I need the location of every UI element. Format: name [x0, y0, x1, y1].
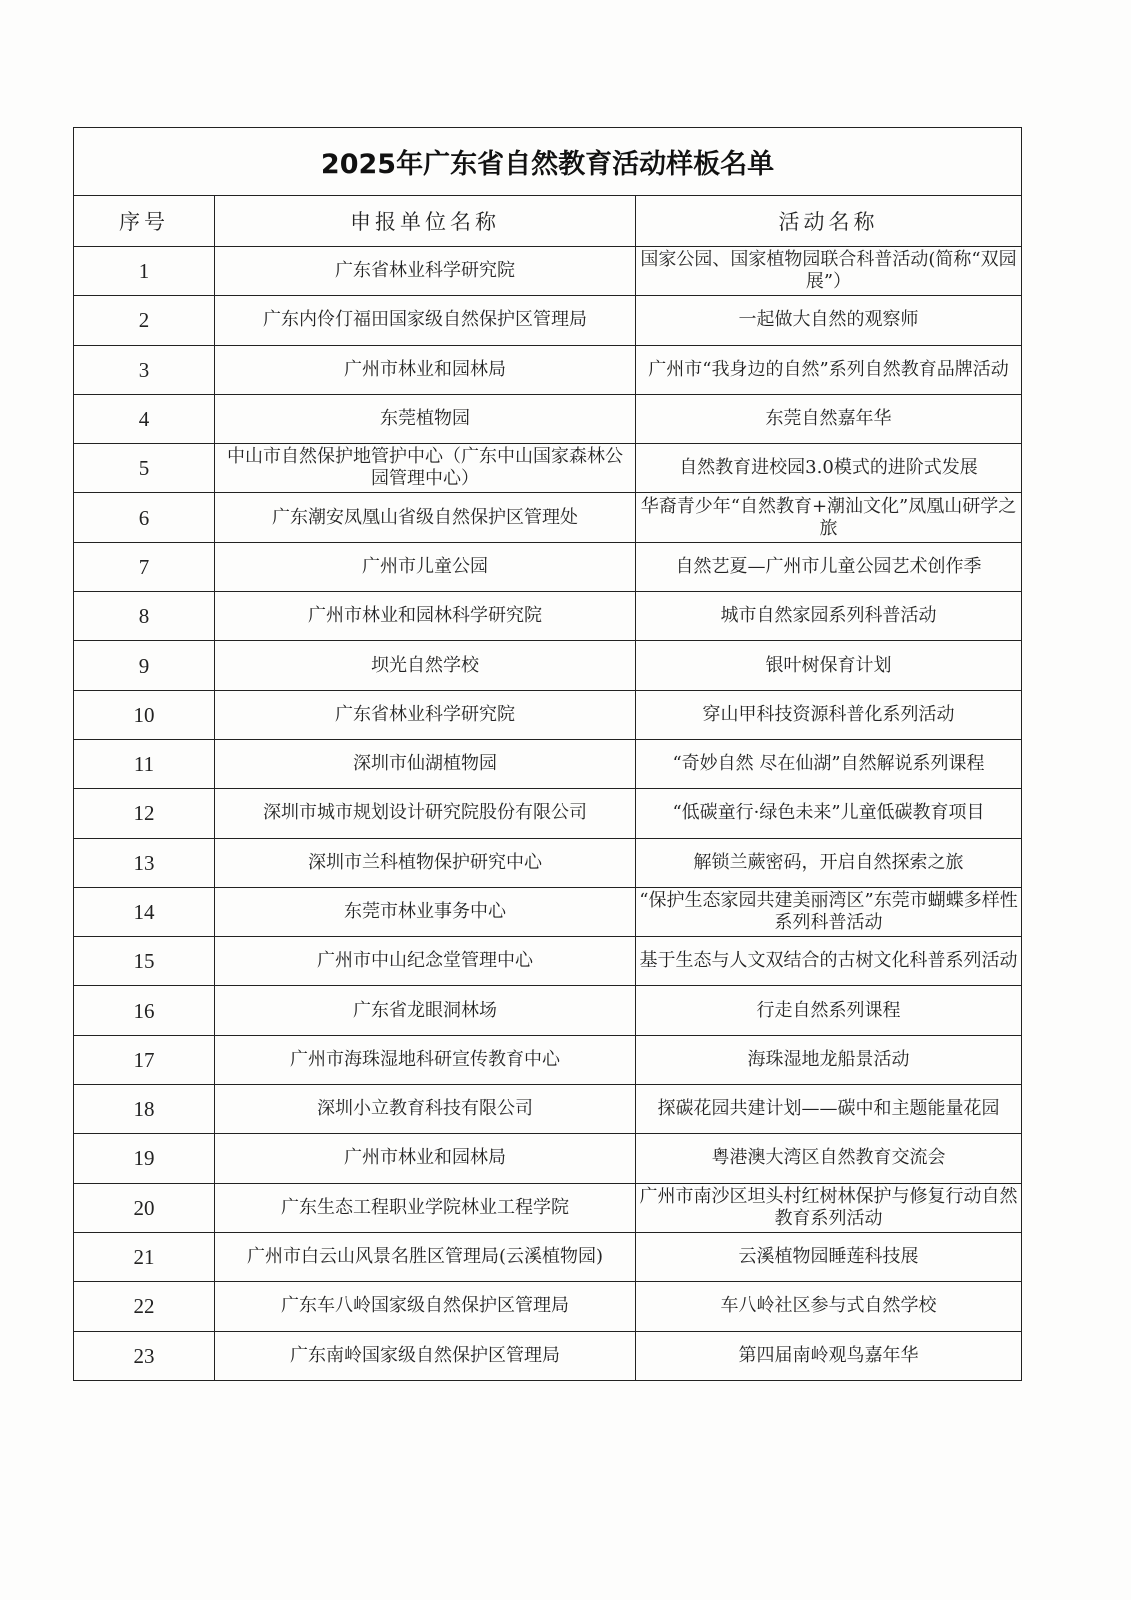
unit-name: 东莞市林业事务中心 [215, 887, 636, 936]
unit-name: 广州市儿童公园 [215, 542, 636, 591]
activity-name: 穿山甲科技资源科普化系列活动 [636, 690, 1022, 739]
unit-name: 广州市林业和园林局 [215, 345, 636, 394]
row-number: 8 [74, 592, 215, 641]
table-row: 20广东生态工程职业学院林业工程学院广州市南沙区坦头村红树林保护与修复行动自然教… [74, 1183, 1022, 1232]
row-number: 13 [74, 838, 215, 887]
row-number: 1 [74, 247, 215, 296]
activity-name: 自然艺夏—广州市儿童公园艺术创作季 [636, 542, 1022, 591]
table-row: 4东莞植物园东莞自然嘉年华 [74, 394, 1022, 443]
unit-name: 广州市林业和园林局 [215, 1134, 636, 1183]
row-number: 2 [74, 296, 215, 345]
table-row: 14东莞市林业事务中心“保护生态家园共建美丽湾区”东莞市蝴蝶多样性系列科普活动 [74, 887, 1022, 936]
table-row: 16广东省龙眼洞林场行走自然系列课程 [74, 986, 1022, 1035]
table-row: 8广州市林业和园林科学研究院城市自然家园系列科普活动 [74, 592, 1022, 641]
unit-name: 广东省林业科学研究院 [215, 247, 636, 296]
unit-name: 中山市自然保护地管护中心（广东中山国家森林公园管理中心） [215, 444, 636, 493]
activity-name: “奇妙自然 尽在仙湖”自然解说系列课程 [636, 739, 1022, 788]
unit-name: 广东内伶仃福田国家级自然保护区管理局 [215, 296, 636, 345]
table-row: 9坝光自然学校银叶树保育计划 [74, 641, 1022, 690]
activity-name: 城市自然家园系列科普活动 [636, 592, 1022, 641]
column-header-unit: 申报单位名称 [215, 196, 636, 247]
unit-name: 广东潮安凤凰山省级自然保护区管理处 [215, 493, 636, 542]
table-row: 2广东内伶仃福田国家级自然保护区管理局一起做大自然的观察师 [74, 296, 1022, 345]
table-row: 1广东省林业科学研究院国家公园、国家植物园联合科普活动(简称“双园展”） [74, 247, 1022, 296]
unit-name: 广州市白云山风景名胜区管理局(云溪植物园) [215, 1232, 636, 1281]
sample-list-table: 2025年广东省自然教育活动样板名单 序号 申报单位名称 活动名称 1广东省林业… [73, 127, 1022, 1381]
table-row: 6广东潮安凤凰山省级自然保护区管理处华裔青少年“自然教育+潮汕文化”凤凰山研学之… [74, 493, 1022, 542]
unit-name: 广州市海珠湿地科研宣传教育中心 [215, 1035, 636, 1084]
row-number: 19 [74, 1134, 215, 1183]
table-row: 12深圳市城市规划设计研究院股份有限公司“低碳童行·绿色未来”儿童低碳教育项目 [74, 789, 1022, 838]
activity-name: 云溪植物园睡莲科技展 [636, 1232, 1022, 1281]
document-page: 2025年广东省自然教育活动样板名单 序号 申报单位名称 活动名称 1广东省林业… [0, 0, 1131, 1600]
row-number: 10 [74, 690, 215, 739]
row-number: 6 [74, 493, 215, 542]
table-row: 5中山市自然保护地管护中心（广东中山国家森林公园管理中心）自然教育进校园3.0模… [74, 444, 1022, 493]
activity-name: “低碳童行·绿色未来”儿童低碳教育项目 [636, 789, 1022, 838]
unit-name: 广东车八岭国家级自然保护区管理局 [215, 1282, 636, 1331]
row-number: 23 [74, 1331, 215, 1380]
row-number: 20 [74, 1183, 215, 1232]
table-row: 18深圳小立教育科技有限公司探碳花园共建计划——碳中和主题能量花园 [74, 1085, 1022, 1134]
table-row: 3广州市林业和园林局广州市“我身边的自然”系列自然教育品牌活动 [74, 345, 1022, 394]
row-number: 3 [74, 345, 215, 394]
unit-name: 深圳市仙湖植物园 [215, 739, 636, 788]
activity-name: 华裔青少年“自然教育+潮汕文化”凤凰山研学之旅 [636, 493, 1022, 542]
row-number: 17 [74, 1035, 215, 1084]
activity-name: 国家公园、国家植物园联合科普活动(简称“双园展”） [636, 247, 1022, 296]
activity-name: “保护生态家园共建美丽湾区”东莞市蝴蝶多样性系列科普活动 [636, 887, 1022, 936]
row-number: 9 [74, 641, 215, 690]
unit-name: 广东省林业科学研究院 [215, 690, 636, 739]
activity-name: 一起做大自然的观察师 [636, 296, 1022, 345]
activity-name: 东莞自然嘉年华 [636, 394, 1022, 443]
table-row: 13深圳市兰科植物保护研究中心解锁兰蕨密码，开启自然探索之旅 [74, 838, 1022, 887]
unit-name: 深圳市城市规划设计研究院股份有限公司 [215, 789, 636, 838]
row-number: 18 [74, 1085, 215, 1134]
column-header-no: 序号 [74, 196, 215, 247]
activity-name: 银叶树保育计划 [636, 641, 1022, 690]
row-number: 12 [74, 789, 215, 838]
row-number: 22 [74, 1282, 215, 1331]
table-row: 7广州市儿童公园自然艺夏—广州市儿童公园艺术创作季 [74, 542, 1022, 591]
activity-name: 粤港澳大湾区自然教育交流会 [636, 1134, 1022, 1183]
unit-name: 广东生态工程职业学院林业工程学院 [215, 1183, 636, 1232]
activity-name: 行走自然系列课程 [636, 986, 1022, 1035]
row-number: 15 [74, 937, 215, 986]
table-row: 15广州市中山纪念堂管理中心基于生态与人文双结合的古树文化科普系列活动 [74, 937, 1022, 986]
document-title: 2025年广东省自然教育活动样板名单 [74, 128, 1022, 196]
activity-name: 解锁兰蕨密码，开启自然探索之旅 [636, 838, 1022, 887]
activity-name: 基于生态与人文双结合的古树文化科普系列活动 [636, 937, 1022, 986]
unit-name: 坝光自然学校 [215, 641, 636, 690]
table-row: 21广州市白云山风景名胜区管理局(云溪植物园)云溪植物园睡莲科技展 [74, 1232, 1022, 1281]
unit-name: 广州市林业和园林科学研究院 [215, 592, 636, 641]
table-row: 23广东南岭国家级自然保护区管理局第四届南岭观鸟嘉年华 [74, 1331, 1022, 1380]
row-number: 14 [74, 887, 215, 936]
unit-name: 广东南岭国家级自然保护区管理局 [215, 1331, 636, 1380]
unit-name: 东莞植物园 [215, 394, 636, 443]
table-row: 19广州市林业和园林局粤港澳大湾区自然教育交流会 [74, 1134, 1022, 1183]
table-row: 11深圳市仙湖植物园“奇妙自然 尽在仙湖”自然解说系列课程 [74, 739, 1022, 788]
header-row: 序号 申报单位名称 活动名称 [74, 196, 1022, 247]
row-number: 5 [74, 444, 215, 493]
row-number: 21 [74, 1232, 215, 1281]
unit-name: 广州市中山纪念堂管理中心 [215, 937, 636, 986]
activity-name: 海珠湿地龙船景活动 [636, 1035, 1022, 1084]
activity-name: 自然教育进校园3.0模式的进阶式发展 [636, 444, 1022, 493]
activity-name: 广州市“我身边的自然”系列自然教育品牌活动 [636, 345, 1022, 394]
activity-name: 车八岭社区参与式自然学校 [636, 1282, 1022, 1331]
table-row: 22广东车八岭国家级自然保护区管理局车八岭社区参与式自然学校 [74, 1282, 1022, 1331]
row-number: 7 [74, 542, 215, 591]
activity-name: 探碳花园共建计划——碳中和主题能量花园 [636, 1085, 1022, 1134]
row-number: 16 [74, 986, 215, 1035]
table-row: 10广东省林业科学研究院穿山甲科技资源科普化系列活动 [74, 690, 1022, 739]
unit-name: 广东省龙眼洞林场 [215, 986, 636, 1035]
column-header-activity: 活动名称 [636, 196, 1022, 247]
activity-name: 第四届南岭观鸟嘉年华 [636, 1331, 1022, 1380]
title-row: 2025年广东省自然教育活动样板名单 [74, 128, 1022, 196]
row-number: 11 [74, 739, 215, 788]
table-row: 17广州市海珠湿地科研宣传教育中心海珠湿地龙船景活动 [74, 1035, 1022, 1084]
unit-name: 深圳小立教育科技有限公司 [215, 1085, 636, 1134]
row-number: 4 [74, 394, 215, 443]
activity-name: 广州市南沙区坦头村红树林保护与修复行动自然教育系列活动 [636, 1183, 1022, 1232]
unit-name: 深圳市兰科植物保护研究中心 [215, 838, 636, 887]
